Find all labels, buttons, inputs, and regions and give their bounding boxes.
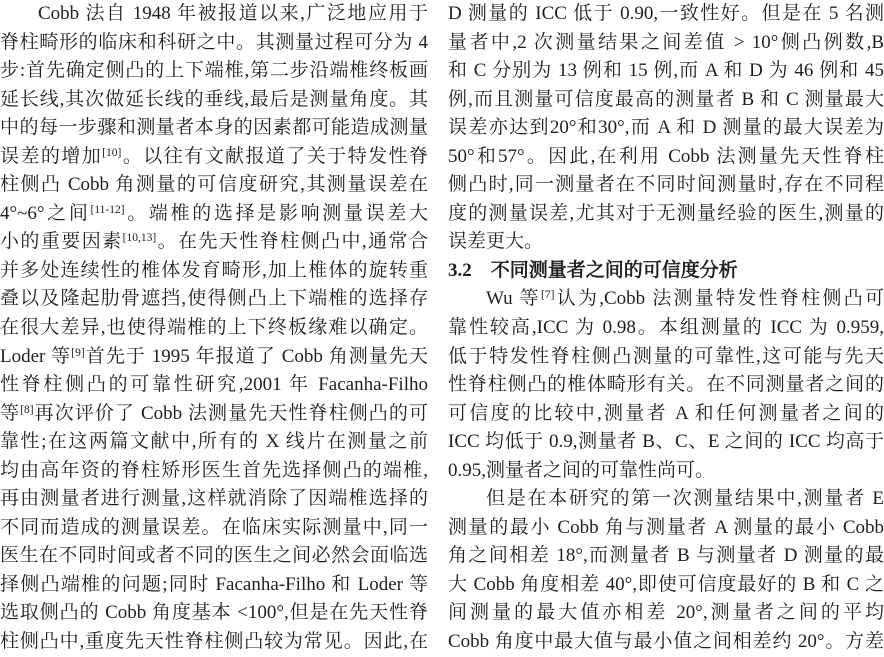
citation-ref: [7] bbox=[541, 289, 554, 301]
text-segment: 可信度的比较中,测量者 A 和任何测量者之间的 bbox=[448, 403, 884, 424]
text-segment: 并多处连续性的椎体发育畸形,加上椎体的旋转重 bbox=[0, 260, 428, 281]
citation-ref: [11-12] bbox=[91, 204, 125, 216]
text-line: 靠性较高,ICC 为 0.98。本组测量的 ICC 为 0.959, bbox=[448, 314, 884, 343]
text-line: 可信度的比较中,测量者 A 和任何测量者之间的 bbox=[448, 400, 884, 429]
text-segment: 认为,Cobb 法测量特发性脊柱侧凸可 bbox=[554, 288, 884, 309]
text-line: 大 Cobb 角度相差 40°,即使可信度最好的 B 和 C 之 bbox=[448, 571, 884, 600]
text-segment: 间测量的最大值亦相差 20°,测量者之间的平均 bbox=[448, 602, 884, 623]
text-segment: 例,而且测量可信度最高的测量者 B 和 C 测量最大 bbox=[448, 89, 884, 110]
text-line: 再由测量者进行测量,这样就消除了因端椎选择的 bbox=[0, 485, 428, 514]
text-segment: 0.95,测量者之间的可靠性尚可。 bbox=[448, 460, 714, 481]
text-segment: 步:首先确定侧凸的上下端椎,第二步沿端椎终板画 bbox=[0, 60, 428, 81]
paper-page: Cobb 法自 1948 年被报道以来,广泛地应用于脊柱畸形的临床和科研之中。其… bbox=[0, 0, 884, 657]
text-line: 性脊柱侧凸的椎体畸形有关。在不同测量者之间的 bbox=[448, 371, 884, 400]
text-line: 医生在不同时间或者不同的医生之间必然会面临选 bbox=[0, 542, 428, 571]
text-segment: 4°~6°之间 bbox=[0, 203, 91, 224]
text-line: 靠性;在这两篇文献中,所有的 X 线片在测量之前 bbox=[0, 428, 428, 457]
text-segment: Cobb 法自 1948 年被报道以来,广泛地应用于 bbox=[38, 3, 428, 24]
text-segment: 测量的最小 Cobb 角与测量者 A 测量的最小 Cobb bbox=[448, 517, 884, 538]
text-segment: 医生在不同时间或者不同的医生之间必然会面临选 bbox=[0, 545, 428, 566]
text-segment: 大 Cobb 角度相差 40°,即使可信度最好的 B 和 C 之 bbox=[448, 574, 884, 595]
text-line: 并多处连续性的椎体发育畸形,加上椎体的旋转重 bbox=[0, 257, 428, 286]
text-segment: 和 C 分别为 13 例和 15 例,而 A 和 D 为 46 例和 45 bbox=[448, 60, 884, 81]
text-line: 量者中,2 次测量结果之间差值 > 10°侧凸例数,B bbox=[448, 29, 884, 58]
text-segment: 首先于 1995 年报道了 Cobb 角测量先天 bbox=[85, 346, 428, 367]
text-line: 测量的最小 Cobb 角与测量者 A 测量的最小 Cobb bbox=[448, 514, 884, 543]
text-segment: 选取侧凸的 Cobb 角度基本 <100°,但是在先天性脊 bbox=[0, 602, 428, 623]
text-line: 50°和57°。因此,在利用 Cobb 法测量先天性脊柱 bbox=[448, 143, 884, 172]
text-line: 脊柱畸形的临床和科研之中。其测量过程可分为 4 bbox=[0, 29, 428, 58]
text-segment: 度的测量误差,尤其对于无测量经验的医生,测量的 bbox=[448, 203, 884, 224]
text-segment: 中的每一步骤和测量者本身的因素都可能造成测量 bbox=[0, 117, 428, 138]
text-segment: 柱侧凸中,重度先天性脊柱侧凸较为常见。因此,在 bbox=[0, 631, 428, 652]
text-segment: 低于特发性脊柱侧凸测量的可靠性,这可能与先天 bbox=[448, 346, 884, 367]
text-line: 择侧凸端椎的问题;同时 Facanha-Filho 和 Loder 等 bbox=[0, 571, 428, 600]
text-segment: 侧凸时,同一测量者在不同时间测量时,存在不同程 bbox=[448, 174, 884, 195]
text-line: 不同而造成的测量误差。在临床实际测量中,同一 bbox=[0, 514, 428, 543]
text-line: 延长线,其次做延长线的垂线,最后是测量角度。其 bbox=[0, 86, 428, 115]
text-line: 性脊柱侧凸的可靠性研究,2001 年 Facanha-Filho bbox=[0, 371, 428, 400]
text-segment: 50°和57°。因此,在利用 Cobb 法测量先天性脊柱 bbox=[448, 146, 884, 167]
text-segment: 再次评价了 Cobb 法测量先天性脊柱侧凸的可 bbox=[34, 403, 428, 424]
text-line: 柱侧凸 Cobb 角测量的可信度研究,其测量误差在 bbox=[0, 171, 428, 200]
text-line: Wu 等[7]认为,Cobb 法测量特发性脊柱侧凸可 bbox=[448, 285, 884, 314]
text-segment: 。端椎的选择是影响测量误差大 bbox=[125, 203, 428, 224]
text-segment: 延长线,其次做延长线的垂线,最后是测量角度。其 bbox=[0, 89, 428, 110]
text-line: 误差更大。 bbox=[448, 228, 884, 257]
text-line: 但是在本研究的第一次测量结果中,测量者 E bbox=[448, 485, 884, 514]
text-segment: Cobb 角度中最大值与最小值之间相差约 20°。方差 bbox=[448, 631, 884, 652]
text-line: ICC 均低于 0.9,测量者 B、C、E 之间的 ICC 均高于 bbox=[448, 428, 884, 457]
text-line: 误差亦达到20°和30°,而 A 和 D 测量的最大误差为 bbox=[448, 114, 884, 143]
text-segment: 均由高年资的脊柱矫形医生首先选择侧凸的端椎, bbox=[0, 460, 428, 481]
text-segment: 叠以及隆起肋骨遮挡,使得侧凸上下端椎的选择存 bbox=[0, 288, 428, 309]
text-line: 角之间相差 18°,而测量者 B 与测量者 D 测量的最 bbox=[448, 542, 884, 571]
text-line: 叠以及隆起肋骨遮挡,使得侧凸上下端椎的选择存 bbox=[0, 285, 428, 314]
text-line: 度的测量误差,尤其对于无测量经验的医生,测量的 bbox=[448, 200, 884, 229]
text-segment: D 测量的 ICC 低于 0.90,一致性好。但是在 5 名测 bbox=[448, 3, 884, 24]
text-segment: 在很大差异,也使得端椎的上下终板缘难以确定。 bbox=[0, 317, 428, 338]
text-line: 在很大差异,也使得端椎的上下终板缘难以确定。 bbox=[0, 314, 428, 343]
text-segment: 柱侧凸 Cobb 角测量的可信度研究,其测量误差在 bbox=[0, 174, 428, 195]
text-segment: 靠性;在这两篇文献中,所有的 X 线片在测量之前 bbox=[0, 431, 428, 452]
text-segment: 角之间相差 18°,而测量者 B 与测量者 D 测量的最 bbox=[448, 545, 884, 566]
citation-ref: [9] bbox=[71, 347, 84, 359]
text-segment: 不同而造成的测量误差。在临床实际测量中,同一 bbox=[0, 517, 428, 538]
text-segment: 。在先天性脊柱侧凸中,通常合 bbox=[156, 231, 428, 252]
text-segment: ICC 均低于 0.9,测量者 B、C、E 之间的 ICC 均高于 bbox=[448, 431, 884, 452]
text-segment: 脊柱畸形的临床和科研之中。其测量过程可分为 4 bbox=[0, 32, 428, 53]
text-line: 例,而且测量可信度最高的测量者 B 和 C 测量最大 bbox=[448, 86, 884, 115]
citation-ref: [8] bbox=[20, 404, 33, 416]
text-segment: 再由测量者进行测量,这样就消除了因端椎选择的 bbox=[0, 488, 428, 509]
text-segment: 性脊柱侧凸的可靠性研究,2001 年 Facanha-Filho bbox=[0, 374, 428, 395]
section-heading: 3.2 不同测量者之间的可信度分析 bbox=[448, 257, 884, 286]
text-line: 均由高年资的脊柱矫形医生首先选择侧凸的端椎, bbox=[0, 457, 428, 486]
text-segment: 等 bbox=[0, 403, 20, 424]
text-segment: Wu 等 bbox=[486, 288, 541, 309]
text-segment: 但是在本研究的第一次测量结果中,测量者 E bbox=[486, 488, 884, 509]
text-segment: 靠性较高,ICC 为 0.98。本组测量的 ICC 为 0.959, bbox=[448, 317, 884, 338]
text-line: 选取侧凸的 Cobb 角度基本 <100°,但是在先天性脊 bbox=[0, 599, 428, 628]
text-line: 低于特发性脊柱侧凸测量的可靠性,这可能与先天 bbox=[448, 343, 884, 372]
right-column: D 测量的 ICC 低于 0.90,一致性好。但是在 5 名测量者中,2 次测量… bbox=[448, 0, 884, 657]
text-segment: 误差亦达到20°和30°,而 A 和 D 测量的最大误差为 bbox=[448, 117, 884, 138]
text-line: 侧凸时,同一测量者在不同时间测量时,存在不同程 bbox=[448, 171, 884, 200]
text-segment: 小的重要因素 bbox=[0, 231, 123, 252]
text-segment: 择侧凸端椎的问题;同时 Facanha-Filho 和 Loder 等 bbox=[0, 574, 428, 595]
text-line: 中的每一步骤和测量者本身的因素都可能造成测量 bbox=[0, 114, 428, 143]
citation-ref: [10,13] bbox=[123, 232, 157, 244]
text-line: 步:首先确定侧凸的上下端椎,第二步沿端椎终板画 bbox=[0, 57, 428, 86]
text-line: 和 C 分别为 13 例和 15 例,而 A 和 D 为 46 例和 45 bbox=[448, 57, 884, 86]
text-line: Loder 等[9]首先于 1995 年报道了 Cobb 角测量先天 bbox=[0, 343, 428, 372]
text-segment: 性脊柱侧凸的椎体畸形有关。在不同测量者之间的 bbox=[448, 374, 884, 395]
citation-ref: [10] bbox=[102, 147, 121, 159]
text-line: 0.95,测量者之间的可靠性尚可。 bbox=[448, 457, 884, 486]
text-line: 误差的增加[10]。以往有文献报道了关于特发性脊 bbox=[0, 143, 428, 172]
text-line: 小的重要因素[10,13]。在先天性脊柱侧凸中,通常合 bbox=[0, 228, 428, 257]
text-line: Cobb 角度中最大值与最小值之间相差约 20°。方差 bbox=[448, 628, 884, 657]
text-line: 间测量的最大值亦相差 20°,测量者之间的平均 bbox=[448, 599, 884, 628]
text-line: D 测量的 ICC 低于 0.90,一致性好。但是在 5 名测 bbox=[448, 0, 884, 29]
text-segment: 。以往有文献报道了关于特发性脊 bbox=[121, 146, 428, 167]
text-line: 4°~6°之间[11-12]。端椎的选择是影响测量误差大 bbox=[0, 200, 428, 229]
text-segment: 误差的增加 bbox=[0, 146, 102, 167]
text-segment: 误差更大。 bbox=[448, 231, 543, 252]
left-column: Cobb 法自 1948 年被报道以来,广泛地应用于脊柱畸形的临床和科研之中。其… bbox=[0, 0, 428, 657]
text-line: Cobb 法自 1948 年被报道以来,广泛地应用于 bbox=[0, 0, 428, 29]
text-line: 等[8]再次评价了 Cobb 法测量先天性脊柱侧凸的可 bbox=[0, 400, 428, 429]
text-segment: Loder 等 bbox=[0, 346, 71, 367]
text-segment: 量者中,2 次测量结果之间差值 > 10°侧凸例数,B bbox=[448, 32, 884, 53]
text-segment: 3.2 不同测量者之间的可信度分析 bbox=[448, 260, 738, 281]
text-line: 柱侧凸中,重度先天性脊柱侧凸较为常见。因此,在 bbox=[0, 628, 428, 657]
